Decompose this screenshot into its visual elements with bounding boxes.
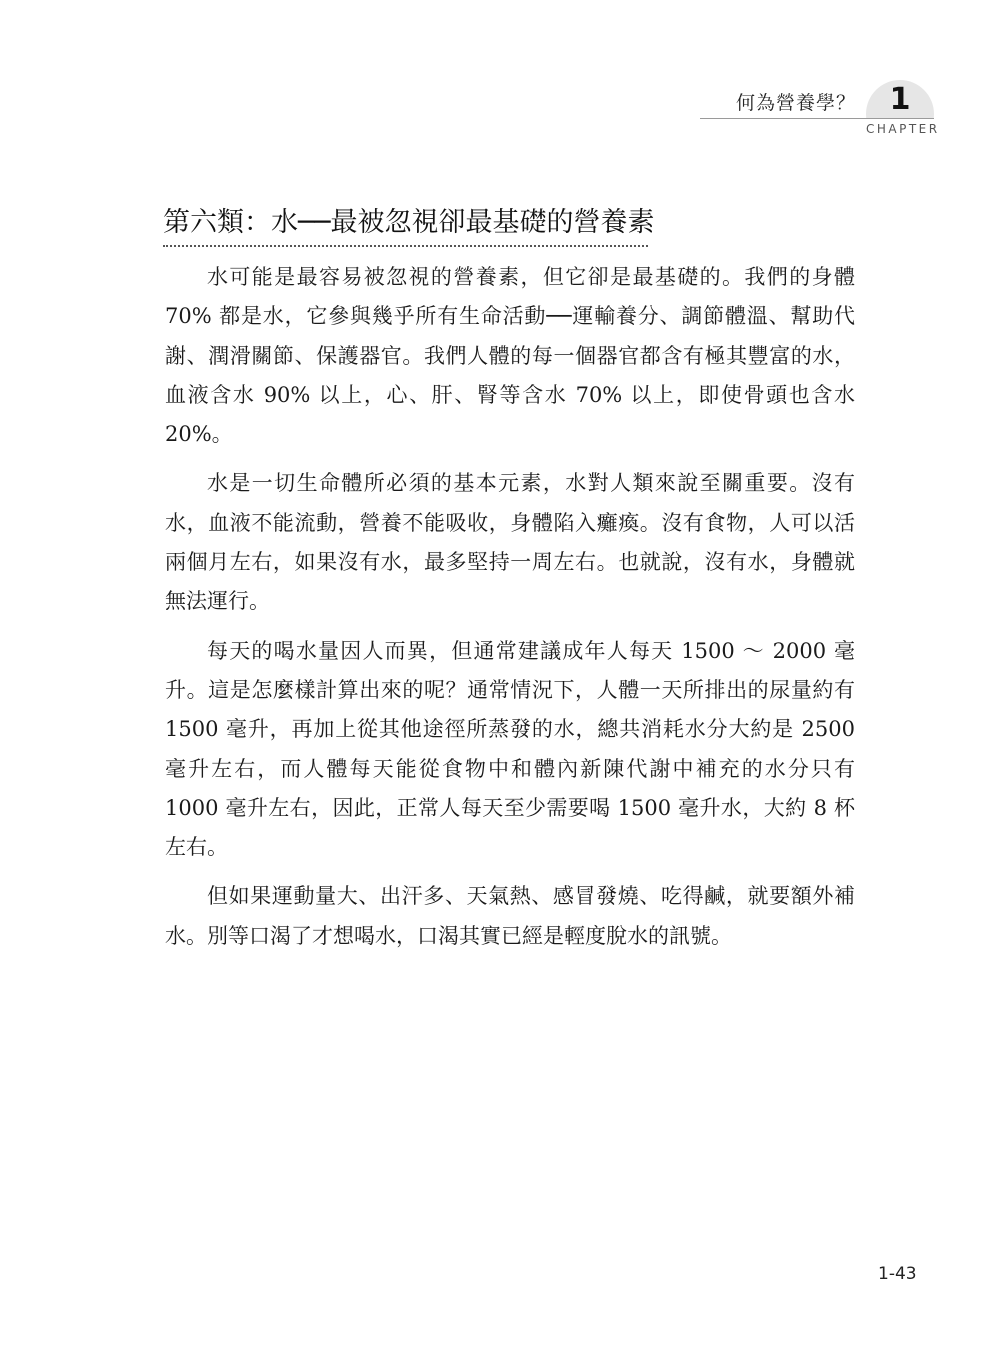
body-text: 水可能是最容易被忽視的營養素，但它卻是最基礎的。我們的身體 70% 都是水，它參… (165, 258, 855, 966)
section-heading: 第六類：水──最被忽視卻最基礎的營養素 (163, 200, 648, 247)
page-number: 1-43 (878, 1264, 917, 1284)
paragraph: 每天的喝水量因人而異，但通常建議成年人每天 1500 ～ 2000 毫升。這是怎… (165, 632, 855, 868)
paragraph: 水是一切生命體所必須的基本元素，水對人類來說至關重要。沒有水，血液不能流動，營養… (165, 464, 855, 621)
paragraph: 但如果運動量大、出汗多、天氣熱、感冒發燒、吃得鹹，就要額外補水。別等口渴了才想喝… (165, 877, 855, 956)
header-divider (700, 118, 934, 119)
paragraph: 水可能是最容易被忽視的營養素，但它卻是最基礎的。我們的身體 70% 都是水，它參… (165, 258, 855, 454)
chapter-title: 何為營養學？ (736, 88, 856, 115)
chapter-label: CHAPTER (866, 122, 934, 136)
chapter-number: 1 (880, 82, 920, 117)
